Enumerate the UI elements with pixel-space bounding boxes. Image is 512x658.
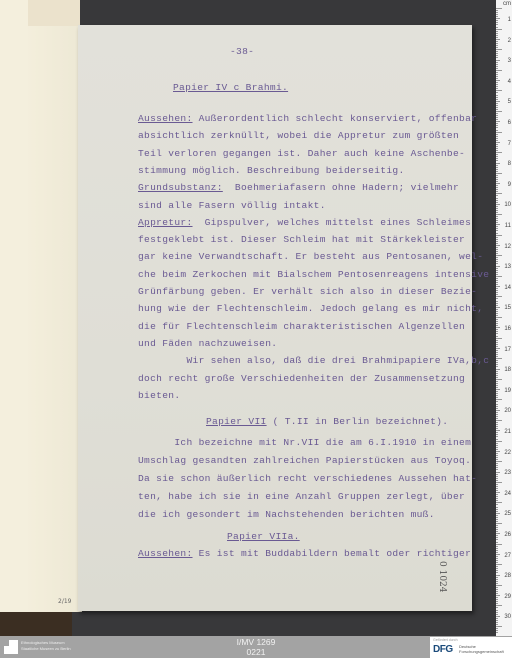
ruler-tick bbox=[496, 274, 498, 275]
ruler-tick bbox=[496, 445, 498, 446]
ruler-tick bbox=[496, 336, 498, 337]
ruler-tick bbox=[496, 45, 498, 46]
line-text: Boehmeriafasern ohne Hadern; vielmehr bbox=[223, 182, 459, 193]
back-sheet-note: 2/19 bbox=[58, 598, 71, 605]
ruler-tick bbox=[496, 527, 498, 528]
ruler-tick bbox=[496, 255, 502, 256]
ruler-mark: 19 bbox=[504, 388, 511, 394]
ruler-tick bbox=[496, 325, 498, 326]
ruler-tick bbox=[496, 290, 498, 291]
ruler-tick bbox=[496, 519, 498, 520]
ruler-tick bbox=[496, 70, 502, 71]
ruler-tick bbox=[496, 381, 498, 382]
ruler-tick bbox=[496, 195, 498, 196]
text-line: Appretur: Gipspulver, welches mittelst e… bbox=[138, 217, 471, 229]
ruler-tick bbox=[496, 548, 498, 549]
ruler-tick bbox=[496, 142, 500, 143]
ruler-tick bbox=[496, 193, 502, 194]
ruler-tick bbox=[496, 488, 498, 489]
ruler-tick bbox=[496, 457, 498, 458]
ruler-tick bbox=[496, 500, 498, 501]
text-line: bieten. bbox=[138, 390, 180, 402]
ruler-tick bbox=[496, 156, 498, 157]
ruler-tick bbox=[496, 117, 498, 118]
ruler-tick bbox=[496, 284, 498, 285]
funder-name: Deutsche Forschungsgemeinschaft bbox=[459, 644, 504, 654]
ruler-tick bbox=[496, 350, 498, 351]
ruler-tick bbox=[496, 82, 498, 83]
ruler-tick bbox=[496, 86, 498, 87]
ruler-tick bbox=[496, 577, 498, 578]
ruler-tick bbox=[496, 228, 498, 229]
dfg-logo-icon: DFG bbox=[433, 644, 453, 655]
funder-caption: Gefördert durch bbox=[433, 638, 458, 642]
ruler-mark: 30 bbox=[504, 614, 511, 620]
ruler-tick bbox=[496, 163, 500, 164]
ruler-tick bbox=[496, 492, 500, 493]
ruler-tick bbox=[496, 391, 498, 392]
ruler-tick bbox=[496, 74, 498, 75]
ruler-tick bbox=[496, 146, 498, 147]
ruler-tick bbox=[496, 309, 498, 310]
ruler-tick bbox=[496, 515, 498, 516]
ruler-tick bbox=[496, 292, 498, 293]
museum-label: Ethnologisches Museum Staatliche Museen … bbox=[21, 640, 71, 652]
ruler-tick bbox=[496, 356, 498, 357]
ruler-tick bbox=[496, 412, 498, 413]
ruler-tick bbox=[496, 237, 498, 238]
ruler-tick bbox=[496, 204, 500, 205]
text-line: Da sie schon äußerlich recht verschieden… bbox=[138, 473, 477, 485]
ruler-mark: 15 bbox=[504, 305, 511, 311]
ruler-tick bbox=[496, 319, 498, 320]
ruler-tick bbox=[496, 420, 502, 421]
ruler-tick bbox=[496, 136, 498, 137]
ruler-tick bbox=[496, 243, 498, 244]
ruler-tick bbox=[496, 148, 498, 149]
ruler-mark: 25 bbox=[504, 511, 511, 517]
ruler-tick bbox=[496, 369, 500, 370]
footer-id: I/MV 1269 0221 bbox=[206, 637, 306, 657]
handwritten-note: 0 1024 bbox=[437, 561, 447, 593]
ruler-mark: 16 bbox=[504, 326, 511, 332]
ruler-tick bbox=[496, 37, 498, 38]
ruler-tick bbox=[496, 560, 498, 561]
ruler-tick bbox=[496, 29, 502, 30]
ruler-mark: 18 bbox=[504, 367, 511, 373]
line-text: bieten. bbox=[138, 390, 180, 401]
ruler-tick bbox=[496, 315, 498, 316]
ruler-tick bbox=[496, 152, 502, 153]
ruler-tick bbox=[496, 616, 500, 617]
ruler-tick bbox=[496, 373, 498, 374]
ruler-tick bbox=[496, 103, 498, 104]
ruler-tick bbox=[496, 27, 498, 28]
ruler-tick bbox=[496, 251, 498, 252]
ruler-tick bbox=[496, 589, 498, 590]
museum-logo-icon bbox=[4, 640, 18, 654]
line-text: Grünfärbung geben. Er verhält sich also … bbox=[138, 286, 477, 297]
ruler-tick bbox=[496, 383, 498, 384]
ruler-tick bbox=[496, 35, 498, 36]
ruler-tick bbox=[496, 88, 498, 89]
ruler-mark: 2 bbox=[508, 38, 511, 44]
ruler-tick bbox=[496, 303, 498, 304]
ruler-tick bbox=[496, 533, 500, 534]
ruler-tick bbox=[496, 68, 498, 69]
museum-sub: Staatliche Museen zu Berlin bbox=[21, 646, 71, 652]
ruler-tick bbox=[496, 288, 498, 289]
field-label: Aussehen: bbox=[138, 548, 193, 559]
ruler-mark: 27 bbox=[504, 553, 511, 559]
ruler-tick bbox=[496, 467, 498, 468]
line-text: Außerordentlich schlecht konserviert, of… bbox=[193, 113, 478, 124]
line-text: Gipspulver, welches mittelst eines Schle… bbox=[193, 217, 472, 228]
ruler-tick bbox=[496, 469, 498, 470]
ruler-mark: 8 bbox=[508, 161, 511, 167]
ruler-tick bbox=[496, 111, 502, 112]
ruler-tick bbox=[496, 286, 500, 287]
line-text: stimmung möglich. Beschreibung beidersei… bbox=[138, 165, 405, 176]
ruler-tick bbox=[496, 377, 498, 378]
ruler-tick bbox=[496, 624, 498, 625]
ruler-tick bbox=[496, 612, 498, 613]
ruler-tick bbox=[496, 247, 498, 248]
line-text: die für Flechtenschleim charakteristisch… bbox=[138, 321, 465, 332]
ruler-tick bbox=[496, 620, 498, 621]
ruler-tick bbox=[496, 451, 500, 452]
subheading-papier-vii: Papier VII ( T.II in Berlin bezeichnet). bbox=[206, 416, 448, 428]
ruler-tick bbox=[496, 57, 498, 58]
ruler-tick bbox=[496, 307, 500, 308]
typewritten-page: -38- Papier IV c Brahmi. Aussehen: Außer… bbox=[78, 25, 472, 611]
ruler-tick bbox=[496, 459, 498, 460]
line-text: absichtlich zerknüllt, wobei die Appretu… bbox=[138, 130, 459, 141]
ruler-tick bbox=[496, 422, 498, 423]
ruler-tick bbox=[496, 436, 498, 437]
ruler-tick bbox=[496, 605, 502, 606]
ruler-tick bbox=[496, 395, 498, 396]
ruler-tick bbox=[496, 525, 498, 526]
ruler-tick bbox=[496, 8, 502, 9]
ruler-tick bbox=[496, 298, 498, 299]
ruler-tick bbox=[496, 434, 498, 435]
ruler-tick bbox=[496, 387, 498, 388]
ruler-tick bbox=[496, 542, 498, 543]
text-line: stimmung möglich. Beschreibung beidersei… bbox=[138, 165, 405, 177]
ruler-tick bbox=[496, 513, 500, 514]
ruler-tick bbox=[496, 305, 498, 306]
ruler-tick bbox=[496, 344, 498, 345]
last-line: Aussehen: Es ist mit Buddabildern bemalt… bbox=[138, 548, 471, 560]
ruler-tick bbox=[496, 171, 498, 172]
ruler-tick bbox=[496, 210, 498, 211]
ruler-tick bbox=[496, 550, 498, 551]
ruler-tick bbox=[496, 585, 502, 586]
subheading-papier-viia: Papier VIIa. bbox=[227, 531, 300, 543]
field-label: Aussehen: bbox=[138, 113, 193, 124]
ruler-tick bbox=[496, 447, 498, 448]
ruler-tick bbox=[496, 622, 498, 623]
ruler-tick bbox=[496, 474, 498, 475]
funder-badge: Gefördert durch DFG Deutsche Forschungsg… bbox=[430, 637, 512, 658]
ruler-tick bbox=[496, 581, 498, 582]
ruler-tick bbox=[496, 266, 500, 267]
ruler-tick bbox=[496, 478, 498, 479]
ruler-tick bbox=[496, 301, 498, 302]
ruler-tick bbox=[496, 558, 498, 559]
ruler-tick bbox=[496, 62, 498, 63]
ruler-tick bbox=[496, 105, 498, 106]
ruler-tick bbox=[496, 123, 498, 124]
text-line: Ich bezeichne mit Nr.VII die am 6.I.1910… bbox=[138, 437, 471, 449]
ruler-tick bbox=[496, 189, 498, 190]
image-number: 0221 bbox=[206, 647, 306, 657]
ruler-tick bbox=[496, 134, 498, 135]
ruler-tick bbox=[496, 107, 498, 108]
ruler-tick bbox=[496, 354, 498, 355]
ruler-tick bbox=[496, 537, 498, 538]
ruler-tick bbox=[496, 132, 502, 133]
ruler-tick bbox=[496, 272, 498, 273]
ruler-tick bbox=[496, 253, 498, 254]
ruler-tick bbox=[496, 480, 498, 481]
ruler-tick bbox=[496, 49, 502, 50]
ruler-tick bbox=[496, 202, 498, 203]
ruler-tick bbox=[496, 406, 498, 407]
ruler-tick bbox=[496, 154, 498, 155]
ruler-tick bbox=[496, 160, 498, 161]
ruler-mark: 28 bbox=[504, 573, 511, 579]
ruler-tick bbox=[496, 366, 498, 367]
section-heading: Papier IV c Brahmi. bbox=[173, 82, 288, 94]
ruler-tick bbox=[496, 404, 498, 405]
ruler-tick bbox=[496, 618, 498, 619]
text-line: Wir sehen also, daß die drei Brahmipapie… bbox=[138, 355, 489, 367]
ruler-tick bbox=[496, 348, 500, 349]
text-line: hung wie der Flechtenschleim. Jedoch gel… bbox=[138, 303, 483, 315]
ruler-tick bbox=[496, 115, 498, 116]
ruler-tick bbox=[496, 401, 498, 402]
ruler-tick bbox=[496, 599, 498, 600]
ruler-tick bbox=[496, 321, 498, 322]
ruler-tick bbox=[496, 239, 498, 240]
ruler-tick bbox=[496, 441, 502, 442]
ruler-tick bbox=[496, 342, 498, 343]
ruler-tick bbox=[496, 465, 498, 466]
ruler-mark: 11 bbox=[505, 223, 511, 229]
ruler-tick bbox=[496, 529, 498, 530]
line-text: Wir sehen also, daß die drei Brahmipapie… bbox=[138, 355, 489, 366]
ruler-tick bbox=[496, 397, 498, 398]
ruler-tick bbox=[496, 597, 498, 598]
ruler-tick bbox=[496, 587, 498, 588]
ruler-tick bbox=[496, 220, 498, 221]
ruler-tick bbox=[496, 206, 498, 207]
text-line: festgeklebt ist. Dieser Schleim hat mit … bbox=[138, 234, 465, 246]
ruler-tick bbox=[496, 338, 502, 339]
ruler-tick bbox=[496, 18, 500, 19]
ruler-tick bbox=[496, 313, 498, 314]
ruler-tick bbox=[496, 591, 498, 592]
ruler-tick bbox=[496, 173, 502, 174]
ruler-tick bbox=[496, 181, 498, 182]
ruler-tick bbox=[496, 109, 498, 110]
ruler-tick bbox=[496, 20, 498, 21]
ruler-tick bbox=[496, 432, 498, 433]
text-line: che beim Zerkochen mit Bialschem Pentose… bbox=[138, 269, 489, 281]
ruler-tick bbox=[496, 595, 500, 596]
subheading-note: ( T.II in Berlin bezeichnet). bbox=[267, 416, 449, 427]
ruler-tick bbox=[496, 212, 498, 213]
line-text: festgeklebt ist. Dieser Schleim hat mit … bbox=[138, 234, 465, 245]
ruler-tick bbox=[496, 249, 498, 250]
ruler-tick bbox=[496, 443, 498, 444]
ruler-tick bbox=[496, 552, 498, 553]
ruler-tick bbox=[496, 198, 498, 199]
ruler-tick bbox=[496, 358, 502, 359]
ruler-tick bbox=[496, 41, 498, 42]
ruler-tick bbox=[496, 490, 498, 491]
ruler-tick bbox=[496, 426, 498, 427]
ruler-tick bbox=[496, 191, 498, 192]
ruler-tick bbox=[496, 169, 498, 170]
ruler-tick bbox=[496, 158, 498, 159]
ruler-tick bbox=[496, 340, 498, 341]
shelfmark: I/MV 1269 bbox=[206, 637, 306, 647]
ruler-tick bbox=[496, 294, 498, 295]
ruler-unit: cm bbox=[503, 1, 511, 7]
ruler-mark: 24 bbox=[504, 491, 511, 497]
ruler-tick bbox=[496, 245, 500, 246]
ruler-tick bbox=[496, 632, 498, 633]
ruler-tick bbox=[496, 556, 498, 557]
ruler-tick bbox=[496, 92, 498, 93]
text-line: Aussehen: Außerordentlich schlecht konse… bbox=[138, 113, 477, 125]
ruler-tick bbox=[496, 53, 498, 54]
ruler-mark: 4 bbox=[508, 79, 511, 85]
field-text: Es ist mit Buddabildern bemalt oder rich… bbox=[193, 548, 472, 559]
ruler-tick bbox=[496, 575, 500, 576]
line-text: gar keine Verwandtschaft. Er besteht aus… bbox=[138, 251, 483, 262]
ruler-tick bbox=[496, 385, 498, 386]
ruler-tick bbox=[496, 101, 500, 102]
ruler-tick bbox=[496, 125, 498, 126]
ruler-tick bbox=[496, 268, 498, 269]
ruler-tick bbox=[496, 626, 502, 627]
ruler-tick bbox=[496, 352, 498, 353]
ruler-tick bbox=[496, 323, 498, 324]
ruler-tick bbox=[496, 583, 498, 584]
ruler-tick bbox=[496, 399, 502, 400]
ruler-tick bbox=[496, 233, 498, 234]
ruler-tick bbox=[496, 414, 498, 415]
ruler-tick bbox=[496, 66, 498, 67]
ruler-tick bbox=[496, 494, 498, 495]
ruler-tick bbox=[496, 64, 498, 65]
ruler-tick bbox=[496, 84, 498, 85]
line-text: Teil verloren gegangen ist. Daher auch k… bbox=[138, 148, 465, 159]
ruler-tick bbox=[496, 511, 498, 512]
ruler-tick bbox=[496, 428, 498, 429]
ruler-tick bbox=[496, 31, 498, 32]
ruler-mark: 6 bbox=[508, 120, 511, 126]
ruler-tick bbox=[496, 572, 498, 573]
ruler-tick bbox=[496, 97, 498, 98]
cover-edge bbox=[0, 612, 72, 636]
text-line: und Fäden nachzuweisen. bbox=[138, 338, 277, 350]
ruler-mark: 5 bbox=[508, 99, 511, 105]
ruler-tick bbox=[496, 60, 500, 61]
ruler-tick bbox=[496, 517, 498, 518]
ruler-tick bbox=[496, 362, 498, 363]
ruler-mark: 21 bbox=[504, 429, 511, 435]
ruler-tick bbox=[496, 113, 498, 114]
ruler-tick bbox=[496, 535, 498, 536]
ruler-tick bbox=[496, 484, 498, 485]
ruler-tick bbox=[496, 150, 498, 151]
ruler-tick bbox=[496, 259, 498, 260]
ruler-tick bbox=[496, 16, 498, 17]
ruler-tick bbox=[496, 472, 500, 473]
ruler-tick bbox=[496, 127, 498, 128]
ruler-tick bbox=[496, 78, 498, 79]
ruler-tick bbox=[496, 562, 498, 563]
ruler-mark: 29 bbox=[504, 594, 511, 600]
ruler-tick bbox=[496, 130, 498, 131]
ruler-tick bbox=[496, 119, 498, 120]
ruler-tick bbox=[496, 523, 502, 524]
ruler-tick bbox=[496, 439, 498, 440]
ruler-tick bbox=[496, 12, 498, 13]
text-line: sind alle Fasern völlig intakt. bbox=[138, 200, 326, 212]
text-line: gar keine Verwandtschaft. Er besteht aus… bbox=[138, 251, 483, 263]
ruler-tick bbox=[496, 230, 498, 231]
ruler-tick bbox=[496, 607, 498, 608]
ruler-tick bbox=[496, 55, 498, 56]
ruler-mark: 20 bbox=[504, 408, 511, 414]
ruler-tick bbox=[496, 121, 500, 122]
ruler-tick bbox=[496, 498, 498, 499]
ruler-tick bbox=[496, 138, 498, 139]
ruler-tick bbox=[496, 43, 498, 44]
ruler-tick bbox=[496, 449, 498, 450]
ruler-tick bbox=[496, 482, 502, 483]
ruler-tick bbox=[496, 99, 498, 100]
footer-bar: Ethnologisches Museum Staatliche Museen … bbox=[0, 636, 512, 658]
ruler-tick bbox=[496, 276, 502, 277]
ruler-tick bbox=[496, 80, 500, 81]
ruler-mark: 26 bbox=[504, 532, 511, 538]
ruler-tick bbox=[496, 179, 498, 180]
ruler-tick bbox=[496, 463, 498, 464]
field-label: Appretur: bbox=[138, 217, 193, 228]
ruler-tick bbox=[496, 603, 498, 604]
ruler-tick bbox=[496, 496, 498, 497]
ruler-tick bbox=[496, 311, 498, 312]
ruler-tick bbox=[496, 579, 498, 580]
line-text: und Fäden nachzuweisen. bbox=[138, 338, 277, 349]
ruler-tick bbox=[496, 165, 498, 166]
ruler-tick bbox=[496, 393, 498, 394]
ruler-tick bbox=[496, 183, 500, 184]
ruler-tick bbox=[496, 257, 498, 258]
text-line: Grünfärbung geben. Er verhält sich also … bbox=[138, 286, 477, 298]
ruler-tick bbox=[496, 564, 502, 565]
ruler-mark: 7 bbox=[508, 141, 511, 147]
ruler-tick bbox=[496, 371, 498, 372]
ruler-tick bbox=[496, 317, 502, 318]
